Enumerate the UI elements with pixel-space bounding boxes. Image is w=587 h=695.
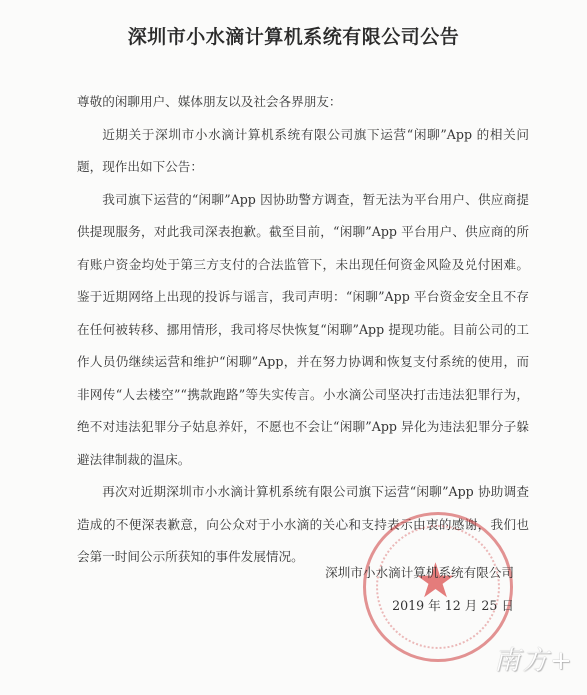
paragraph-statement: 我司旗下运营的“闲聊”App 因协助警方调查，暂无法为平台用户、供应商提供提现服… — [77, 184, 529, 477]
document-title: 深圳市小水滴计算机系统有限公司公告 — [0, 22, 587, 49]
signature-date: 2019 年 12 月 25 日 — [0, 595, 514, 614]
document-body: 尊敬的闲聊用户、媒体朋友以及社会各界朋友： 近期关于深圳市小水滴计算机系统有限公… — [77, 86, 529, 574]
salutation: 尊敬的闲聊用户、媒体朋友以及社会各界朋友： — [77, 86, 529, 119]
announcement-page: 深圳市小水滴计算机系统有限公司公告 尊敬的闲聊用户、媒体朋友以及社会各界朋友： … — [0, 0, 587, 695]
company-seal: ★ — [363, 512, 513, 662]
signature-organization: 深圳市小水滴计算机系统有限公司 — [0, 562, 514, 581]
watermark-logo: 南方+ — [494, 640, 574, 677]
paragraph-intro: 近期关于深圳市小水滴计算机系统有限公司旗下运营“闲聊”App 的相关问题，现作出… — [77, 119, 529, 184]
